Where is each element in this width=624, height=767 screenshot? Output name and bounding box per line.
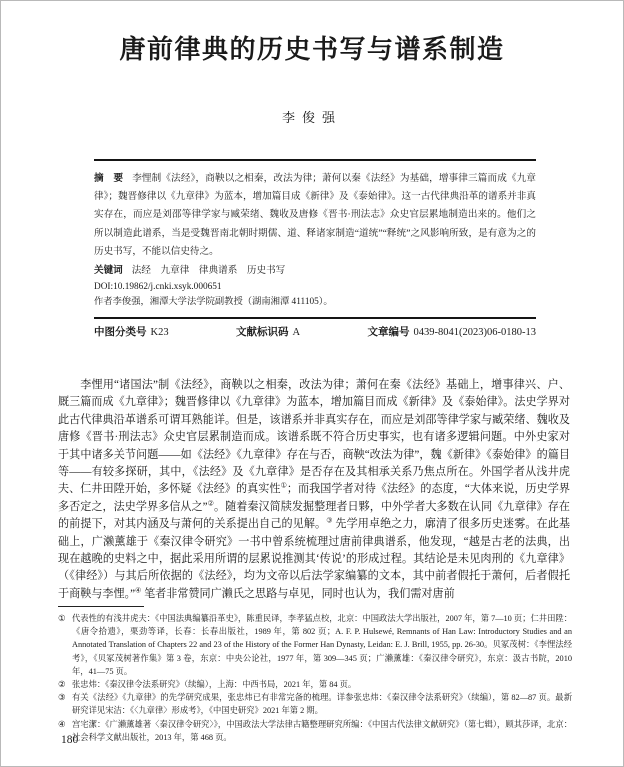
doc-code-group: 文献标识码A <box>236 324 300 339</box>
abstract-paragraph: 摘 要李悝制《法经》，商鞅以之相秦，改法为律；萧何以秦《法经》为基础，增事律三篇… <box>94 170 536 261</box>
footnote-text: 宫宅潔：《广濑薰雄著〈秦汉律令研究〉》，中国政法大学法律古籍整理研究所编：《中国… <box>72 718 572 744</box>
clc-value: K23 <box>151 327 169 338</box>
footnote-text: 代表性的有浅井虎夫：《中国法典编纂沿革史》，陈重民译，李孝猛点校，北京：中国政法… <box>72 612 572 678</box>
article-id-group: 文章编号0439-8041(2023)06-0180-13 <box>368 324 536 339</box>
keywords-line: 关键词法经 九章律 律典谱系 历史书写 <box>94 262 536 280</box>
footnotes-section: ① 代表性的有浅井虎夫：《中国法典编纂沿革史》，陈重民译，李孝猛点校，北京：中国… <box>58 612 572 744</box>
keywords-text: 法经 九章律 律典谱系 历史书写 <box>132 265 286 276</box>
page-number: 180 <box>61 734 78 746</box>
footnote-separator <box>58 606 144 607</box>
paper-page: 唐前律典的历史书写与谱系制造 李俊强 摘 要李悝制《法经》，商鞅以之相秦，改法为… <box>0 0 624 767</box>
footnote-marker: ③ <box>58 691 72 704</box>
footnote-item: ④ 宫宅潔：《广濑薰雄著〈秦汉律令研究〉》，中国政法大学法律古籍整理研究所编：《… <box>58 718 572 744</box>
article-id-value: 0439-8041(2023)06-0180-13 <box>414 327 536 338</box>
abstract-text: 李悝制《法经》，商鞅以之相秦，改法为律；萧何以秦《法经》为基础，增事律三篇而成《… <box>94 173 536 257</box>
footnote-text: 张忠炜：《秦汉律令法系研究》（续编），上海：中西书局，2021 年，第 84 页… <box>72 678 572 691</box>
page-title: 唐前律典的历史书写与谱系制造 <box>1 29 623 66</box>
footnote-item: ③ 有关《法经》《九章律》的先学研究成果，张忠炜已有非常完备的梳理。详参张忠炜：… <box>58 691 572 717</box>
footnote-marker: ① <box>58 612 72 625</box>
abstract-block: 摘 要李悝制《法经》，商鞅以之相秦，改法为律；萧何以秦《法经》为基础，增事律三篇… <box>94 159 536 319</box>
doi-line: DOI:10.19862/j.cnki.xsyk.000651 <box>94 280 536 295</box>
keywords-label: 关键词 <box>94 265 123 276</box>
footnote-text: 有关《法经》《九章律》的先学研究成果，张忠炜已有非常完备的梳理。详参张忠炜：《秦… <box>72 691 572 717</box>
footnote-marker: ② <box>58 678 72 691</box>
body-paragraph: 李悝用“诸国法”制《法经》，商鞅以之相秦，改法为律；萧何在秦《法经》基础上，增事… <box>58 377 570 603</box>
author-name: 李俊强 <box>1 107 623 126</box>
footnote-marker: ④ <box>58 718 72 731</box>
doc-code-value: A <box>293 327 301 338</box>
clc-group: 中图分类号K23 <box>94 324 169 339</box>
doc-code-label: 文献标识码 <box>236 326 289 338</box>
footnote-item: ① 代表性的有浅井虎夫：《中国法典编纂沿革史》，陈重民译，李孝猛点校，北京：中国… <box>58 612 572 678</box>
meta-line: 中图分类号K23 文献标识码A 文章编号0439-8041(2023)06-01… <box>94 324 536 339</box>
abstract-label: 摘 要 <box>94 173 123 184</box>
clc-label: 中图分类号 <box>94 326 147 338</box>
article-id-label: 文章编号 <box>368 326 410 338</box>
author-affiliation: 作者李俊强，湘潭大学法学院副教授（湖南湘潭 411105）。 <box>94 295 536 310</box>
footnote-item: ② 张忠炜：《秦汉律令法系研究》（续编），上海：中西书局，2021 年，第 84… <box>58 678 572 691</box>
